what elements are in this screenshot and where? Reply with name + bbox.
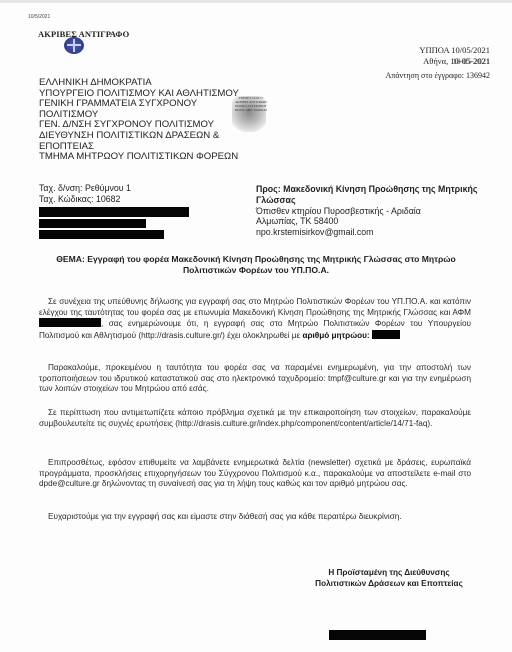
certified-copy-label: ΑΚΡΙΒΕΣ ΑΝΤΙΓΡΑΦΟ: [38, 29, 129, 39]
sender-address: Ταχ. δ/νση: Ρεθύμνου 1 Ταχ. Κώδικας: 106…: [39, 183, 131, 204]
paragraph-updates: Παρακαλούμε, προκειμένου η ταυτότητα του…: [39, 363, 471, 395]
certified-seal-icon: [64, 37, 84, 54]
registry-number-redaction: [372, 330, 400, 339]
paragraph-text: Σε συνέχεια της υπεύθυνης δήλωσης για εγ…: [39, 297, 471, 317]
paragraph-newsletter: Επιπροσθέτως, εφόσον επιθυμείτε να λαμβά…: [39, 458, 471, 490]
place-date: Αθήνα, 10-05-2021 10-05-2021: [419, 56, 490, 67]
redaction-bar: [39, 219, 146, 228]
registry-number-label: αριθμό μητρώου:: [302, 331, 369, 340]
recipient-address-line2: Αλμωπίας, ΤΚ 58400: [256, 216, 478, 227]
signature-block: Η Προϊσταμένη της Διεύθυνσης Πολιτιστικώ…: [296, 568, 482, 589]
redaction-bar: [39, 207, 189, 217]
signature-title-line1: Η Προϊσταμένη της Διεύθυνσης: [296, 568, 482, 579]
page-edge: [0, 0, 512, 3]
recipient-name: Προς: Μακεδονική Κίνηση Προώθησης της Μη…: [256, 184, 478, 206]
reply-number: 136942: [466, 71, 490, 80]
reply-reference: Απάντηση στο έγγραφο: 136942: [386, 71, 491, 80]
recipient-address-line1: Όπισθεν κτηρίου Πυροσβεστικής - Αριδαία: [256, 206, 478, 217]
recipient-email: npo.krstemisirkov@gmail.com: [256, 227, 478, 238]
issuer-line: ΕΛΛΗΝΙΚΗ ΔΗΜΟΚΡΑΤΙΑ: [39, 78, 239, 89]
issuer-line: ΤΜΗΜΑ ΜΗΤΡΩΟΥ ΠΟΛΙΤΙΣΤΙΚΩΝ ΦΟΡΕΩΝ: [39, 152, 239, 163]
tax-id-redaction: [39, 318, 101, 327]
issuer-header: ΕΛΛΗΝΙΚΗ ΔΗΜΟΚΡΑΤΙΑ ΥΠΟΥΡΓΕΙΟ ΠΟΛΙΤΙΣΜΟΥ…: [39, 78, 239, 163]
sender-street: Ταχ. δ/νση: Ρεθύμνου 1: [39, 183, 131, 194]
stamp-text: ΥΠΗΡΕΤ 10/05/17 ΑΚΡΙΒΕΣ ΑΝΤΙΓΡΑΦΟ ΕΠΟΠΤ.…: [233, 96, 269, 112]
sender-postal-code: Ταχ. Κώδικας: 10682: [39, 194, 131, 205]
reply-label: Απάντηση στο έγγραφο:: [386, 71, 465, 80]
signature-title-line2: Πολιτιστικών Δράσεων και Εποπτείας: [296, 579, 482, 590]
protocol-number: ΥΠΠΟΑ 10/05/2021: [419, 45, 490, 56]
paragraph-faq: Σε περίπτωση που αντιμετωπίζετε κάποιο π…: [39, 408, 471, 429]
signatory-name-redaction: [329, 630, 426, 640]
issuer-line: ΔΙΕΥΘΥΝΣΗ ΠΟΛΙΤΙΣΤΙΚΩΝ ΔΡΑΣΕΩΝ &: [39, 131, 239, 142]
redaction-bar: [39, 230, 164, 239]
paragraph-thanks: Ευχαριστούμε για την εγγραφή σας και είμ…: [39, 512, 471, 523]
subject-line: ΘΕΜΑ: Εγγραφή του φορέα Μακεδονική Κίνησ…: [40, 254, 472, 276]
document-page: 10/5/2021 ΑΚΡΙΒΕΣ ΑΝΤΙΓΡΑΦΟ ΕΛΛΗΝΙΚΗ ΔΗΜ…: [0, 0, 512, 652]
date-overprint: 10-05-2021: [452, 56, 490, 67]
recipient-address: Προς: Μακεδονική Κίνηση Προώθησης της Μη…: [256, 184, 478, 238]
print-date: 10/5/2021: [28, 14, 50, 20]
paragraph-text: , σας ενημερώνουμε ότι, η εγγραφή σας στ…: [39, 319, 471, 340]
paragraph-registration: Σε συνέχεια της υπεύθυνης δήλωσης για εγ…: [39, 297, 471, 341]
reference-block: ΥΠΠΟΑ 10/05/2021 Αθήνα, 10-05-2021 10-05…: [419, 45, 490, 67]
